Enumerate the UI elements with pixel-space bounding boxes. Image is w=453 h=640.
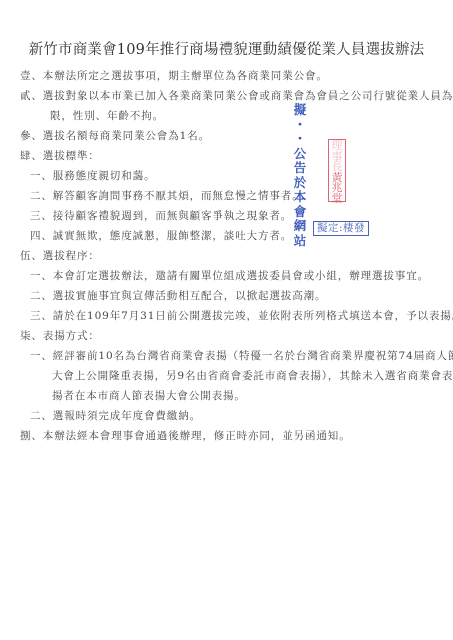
document-title: 新竹市商業會109年推行商場禮貌運動績優從業人員選拔辦法 (0, 38, 453, 59)
clause-5: 伍、選拔程序： (20, 248, 100, 263)
stamp-char: 會 (292, 205, 308, 220)
clause-7: 柒、表揚方式： (20, 328, 100, 343)
stamp-char: 站 (292, 234, 308, 249)
clause-7-item-2: 二、選報時須完成年度會費繳納。 (30, 408, 201, 423)
stamp-char: 公 (292, 147, 308, 162)
clause-2: 貳、選拔對象以本市業已加入各業商業同業公會或商業會為會員之公司行號從業人員為 (20, 88, 453, 103)
stamp-char: ・ (292, 118, 308, 133)
clause-7-item-1: 一、經評審前10名為台灣省商業會表揚（特優一名於台灣省商業界慶祝第74屆商人節 (30, 348, 453, 363)
clause-4-item-1: 一、服務態度親切和藹。 (30, 168, 155, 183)
seal-char: 長 (329, 162, 345, 173)
clause-4: 肆、選拔標準： (20, 148, 100, 163)
announcement-stamp: 擬 ・ ・ 公 告 於 本 會 網 站 (292, 103, 308, 248)
stamp-char: 於 (292, 176, 308, 191)
clause-8: 捌、本辦法經本會理事會通過後辦理，修正時亦同，並另函通知。 (20, 428, 351, 443)
clause-3: 參、選拔名額每商業同業公會為1名。 (20, 128, 210, 143)
stamp-char: 本 (292, 190, 308, 205)
clause-2-cont: 限，性別、年齡不拘。 (50, 108, 164, 123)
drafter-stamp: 擬定:棲發 (313, 221, 369, 236)
seal-char: 堂 (329, 194, 345, 205)
stamp-char: 網 (292, 219, 308, 234)
stamp-char: ・ (292, 132, 308, 147)
clause-1: 壹、本辦法所定之選拔事項，期主辦單位為各商業同業公會。 (20, 68, 328, 83)
clause-5-item-1: 一、本會訂定選拔辦法，邀請有關單位組成選拔委員會或小組，辦理選拔事宜。 (30, 268, 429, 283)
clause-5-item-3: 三、請於在109年7月31日前公開選拔完竣，並依附表所列格式填送本會，予以表揚。 (30, 308, 453, 323)
clause-4-item-2: 二、解答顧客詢問事務不厭其煩，而無怠慢之情事者。 (30, 188, 304, 203)
stamp-char: 擬 (292, 103, 308, 118)
stamp-char: 告 (292, 161, 308, 176)
clause-7-item-1-cont2: 揚者在本市商人節表揚大會公開表揚。 (52, 388, 246, 403)
chairman-seal: 理 事 長 黃 兆 堂 (328, 139, 346, 202)
clause-4-item-3: 三、接待顧客禮貌週到，而無與顧客爭執之現象者。 (30, 208, 292, 223)
clause-4-item-4: 四、誠實無欺，態度誠懇，服飾整潔，談吐大方者。 (30, 228, 292, 243)
clause-7-item-1-cont: 大會上公開隆重表揚，另9名由省商會委託市商會表揚），其餘未入選省商業會表 (52, 368, 453, 383)
clause-5-item-2: 二、選拔實施事宜與宣傳活動相互配合，以掀起選拔高潮。 (30, 288, 326, 303)
